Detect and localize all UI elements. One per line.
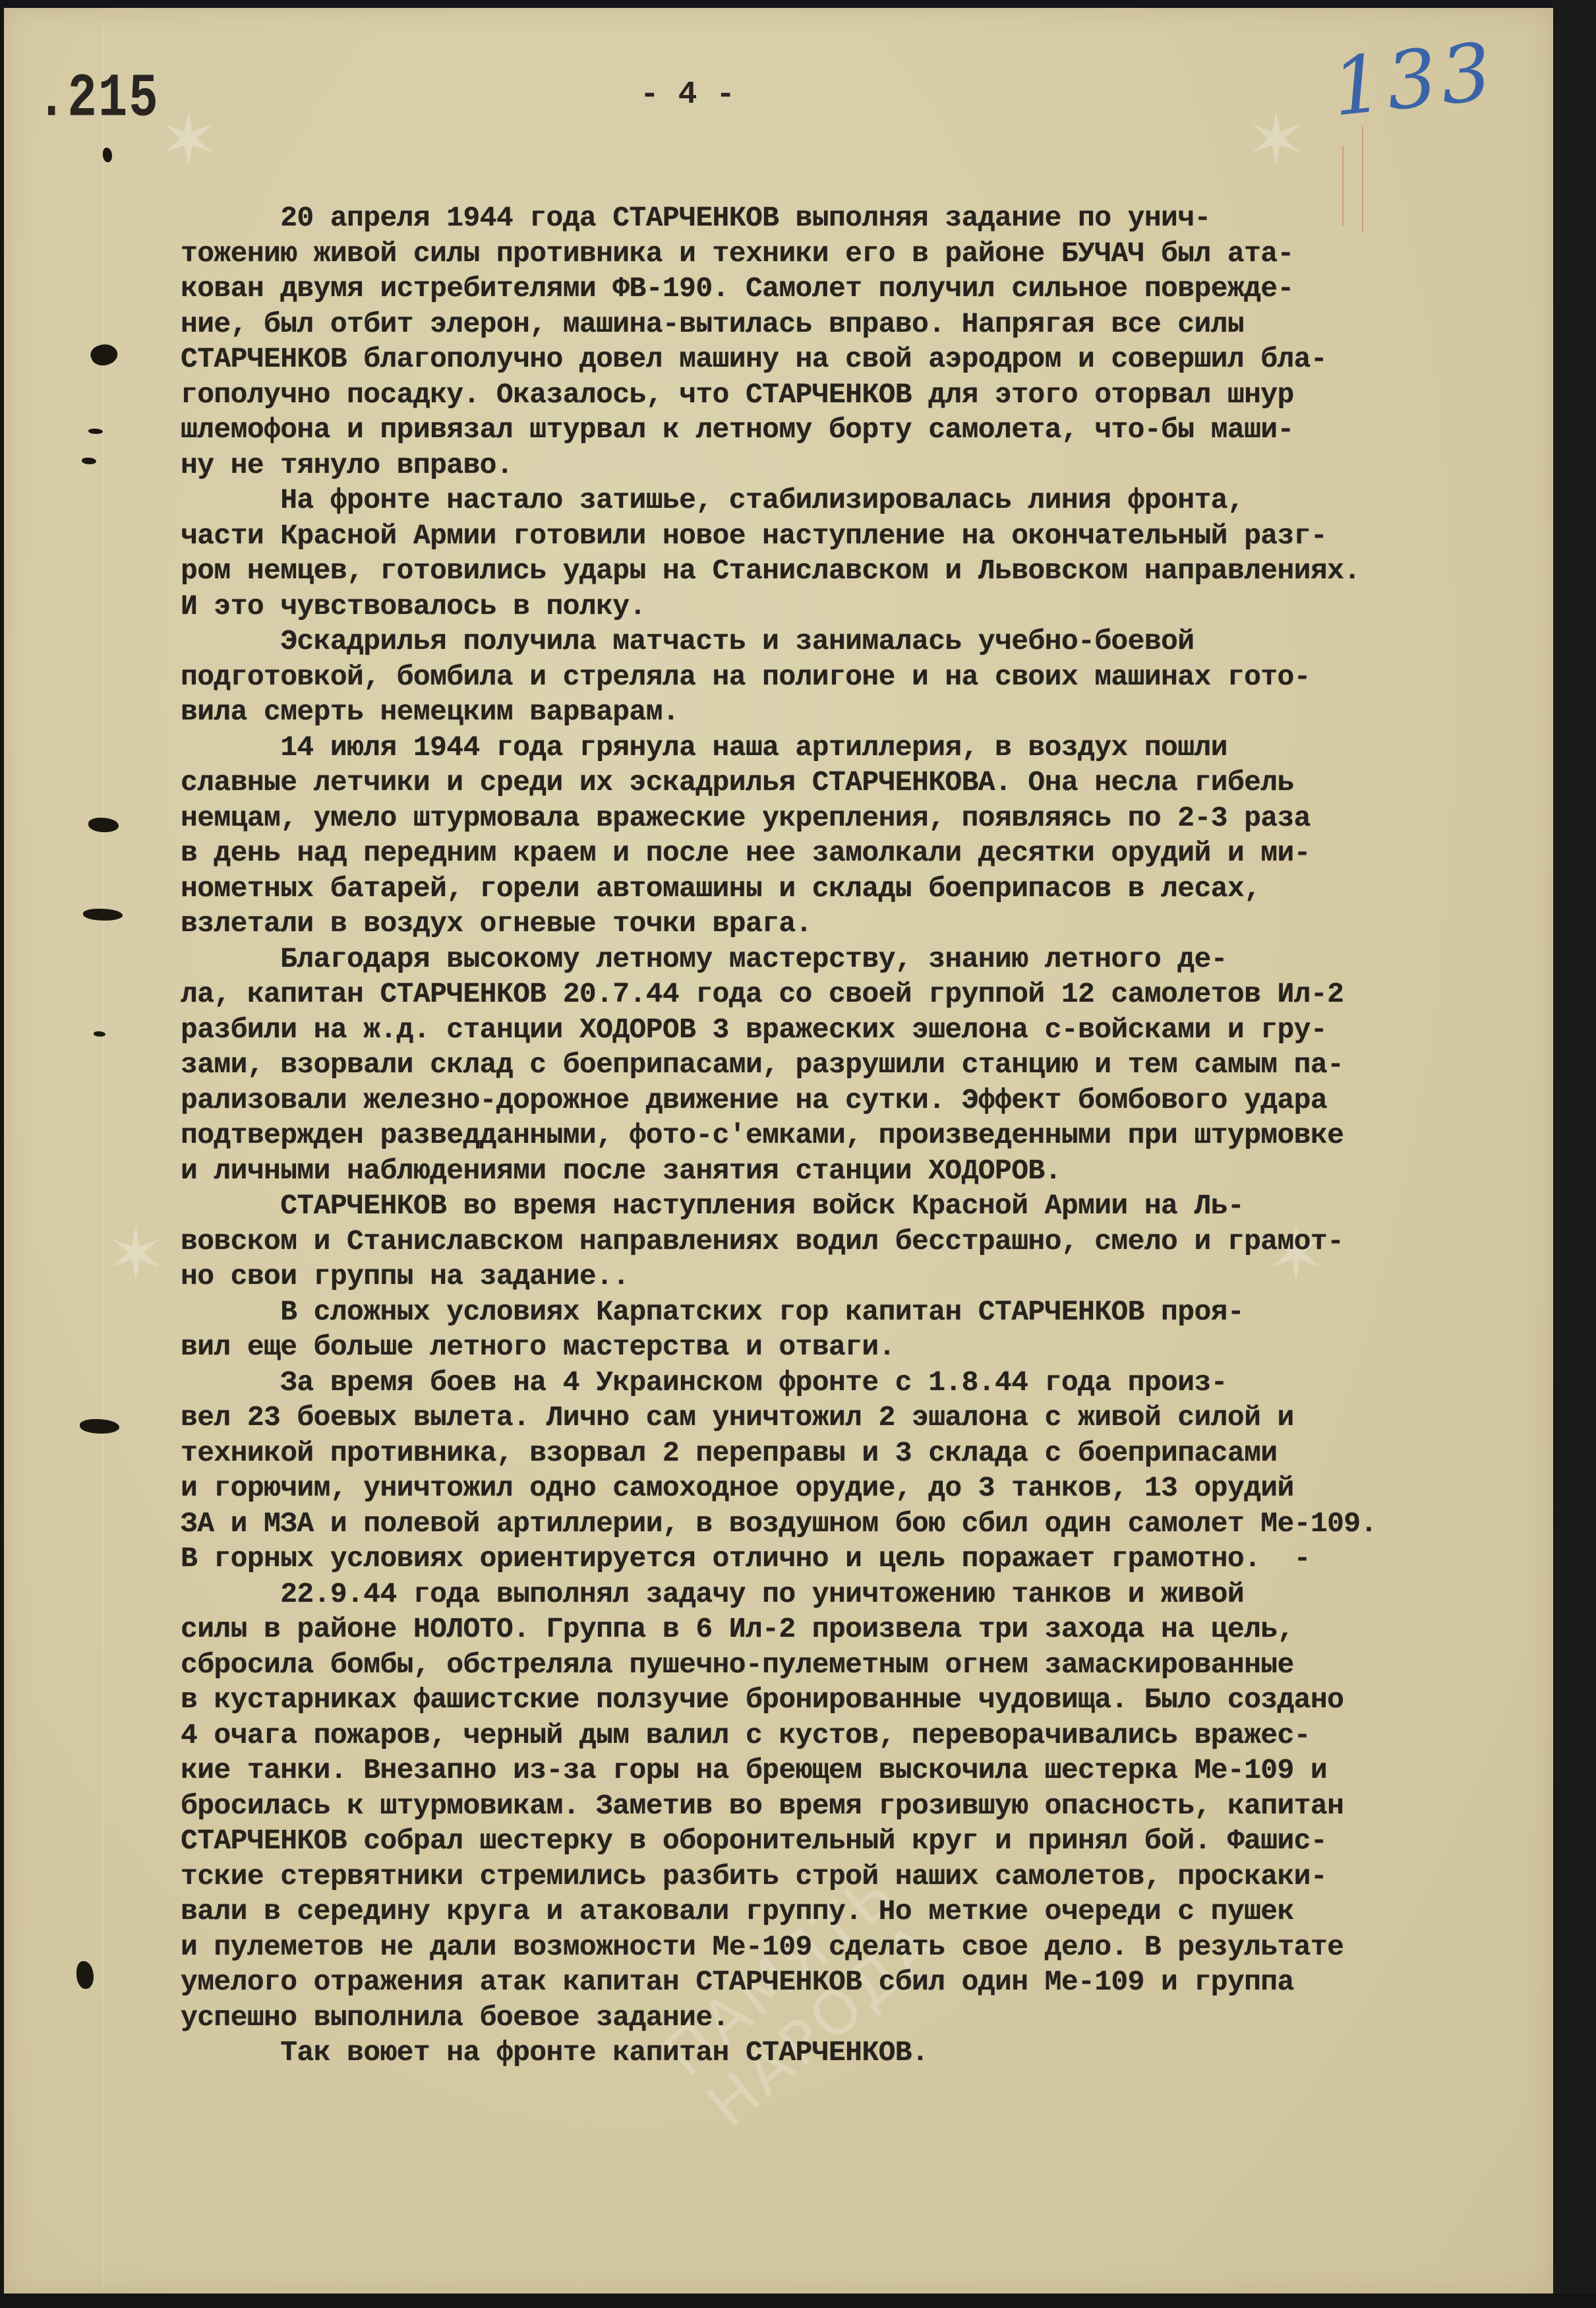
binding-hole (76, 1961, 94, 1989)
text-line: ЗА и МЗА и полевой артиллерии, в воздушн… (181, 1506, 1585, 1542)
text-line: зами, взорвали склад с боеприпасами, раз… (181, 1047, 1585, 1083)
typed-body-text: 20 апреля 1944 года СТАРЧЕНКОВ выполняя … (181, 200, 1585, 2071)
text-line: ну не тянуло вправо. (181, 448, 1585, 483)
text-line: подтвержден разведданными, фото-с'емками… (181, 1118, 1585, 1153)
text-line: немцам, умело штурмовала вражеские укреп… (181, 801, 1585, 836)
document-page: .215 - 4 - 133 ✶ ✶ ✶ ✶ ПАМЯТЬ НАРОДА 20 … (4, 8, 1553, 2295)
text-line: СТАРЧЕНКОВ благополучно довел машину на … (181, 342, 1585, 377)
text-line: успешно выполнила боевое задание. (181, 2000, 1585, 2036)
text-line: СТАРЧЕНКОВ во время наступления войск Кр… (181, 1188, 1585, 1224)
text-line: За время боев на 4 Украинском фронте с 1… (181, 1365, 1585, 1401)
text-line: 14 июля 1944 года грянула наша артиллери… (181, 730, 1585, 766)
text-line: взлетали в воздух огневые точки врага. (181, 906, 1585, 942)
text-line: И это чувствовалось в полку. (181, 589, 1585, 624)
text-line: подготовкой, бомбила и стреляла на полиг… (181, 659, 1585, 695)
text-line: но свои группы на задание.. (181, 1259, 1585, 1294)
text-line: гополучно посадку. Оказалось, что СТАРЧЕ… (181, 377, 1585, 413)
text-line: вила смерть немецким варварам. (181, 694, 1585, 730)
text-line: нометных батарей, горели автомашины и ск… (181, 871, 1585, 907)
text-line: вали в середину круга и атаковали группу… (181, 1894, 1585, 1929)
text-line: и пулеметов не дали возможности Ме-109 с… (181, 1929, 1585, 1965)
watermark-star-icon: ✶ (156, 107, 222, 173)
archive-page-number: .215 (37, 65, 160, 134)
text-line: славные летчики и среди их эскадрилья СТ… (181, 765, 1585, 801)
text-line: Благодаря высокому летному мастерству, з… (181, 942, 1585, 977)
text-line: ние, был отбит элерон, машина-вытилась в… (181, 307, 1585, 342)
text-line: На фронте настало затишье, стабилизирова… (181, 483, 1585, 518)
text-line: рализовали железно-дорожное движение на … (181, 1083, 1585, 1118)
watermark-star-icon: ✶ (1243, 107, 1309, 173)
text-line: и горючим, уничтожил одно самоходное ору… (181, 1471, 1585, 1506)
scan-border-bottom (0, 2293, 1596, 2308)
text-line: тские стервятники стремились разбить стр… (181, 1859, 1585, 1895)
text-line: в день над передним краем и после нее за… (181, 835, 1585, 871)
text-line: разбили на ж.д. станции ХОДОРОВ 3 вражес… (181, 1012, 1585, 1048)
binding-hole (103, 148, 112, 162)
binding-hole (83, 909, 123, 921)
binding-hole (88, 429, 103, 434)
binding-hole (82, 458, 96, 464)
watermark-star-icon: ✶ (103, 1221, 169, 1287)
text-line: силы в районе НОЛОТО. Группа в 6 Ил-2 пр… (181, 1612, 1585, 1647)
text-line: и личными наблюдениями после занятия ста… (181, 1153, 1585, 1189)
text-line: в кустарниках фашистские ползучие бронир… (181, 1682, 1585, 1718)
text-line: Так воюет на фронте капитан СТАРЧЕНКОВ. (181, 2035, 1585, 2071)
text-line: шлемофона и привязал штурвал к летному б… (181, 412, 1585, 448)
text-line: вил еще больше летного мастерства и отва… (181, 1329, 1585, 1365)
text-line: вовском и Станиславском направлениях вод… (181, 1224, 1585, 1260)
binding-hole (94, 1031, 105, 1037)
text-line: части Красной Армии готовили новое насту… (181, 518, 1585, 554)
text-line: тожению живой силы противника и техники … (181, 236, 1585, 272)
page-number: - 4 - (640, 77, 735, 113)
binding-hole (88, 818, 119, 832)
binding-hole (88, 340, 121, 369)
text-line: сбросила бомбы, обстреляла пушечно-пулем… (181, 1647, 1585, 1683)
text-line: бросилась к штурмовикам. Заметив во врем… (181, 1788, 1585, 1824)
text-line: Эскадрилья получила матчасть и занималас… (181, 624, 1585, 659)
text-line: СТАРЧЕНКОВ собрал шестерку в оборонитель… (181, 1823, 1585, 1859)
text-line: вел 23 боевых вылета. Лично сам уничтожи… (181, 1400, 1585, 1436)
text-line: 22.9.44 года выполнял задачу по уничтоже… (181, 1577, 1585, 1612)
text-line: ла, капитан СТАРЧЕНКОВ 20.7.44 года со с… (181, 977, 1585, 1012)
text-line: В сложных условиях Карпатских гор капита… (181, 1294, 1585, 1330)
text-line: кие танки. Внезапно из-за горы на бреюще… (181, 1753, 1585, 1788)
binding-hole (80, 1419, 119, 1434)
text-line: кован двумя истребителями ФВ-190. Самоле… (181, 271, 1585, 307)
text-line: 20 апреля 1944 года СТАРЧЕНКОВ выполняя … (181, 200, 1585, 236)
handwritten-folio-number: 133 (1328, 26, 1499, 134)
text-line: В горных условиях ориентируется отлично … (181, 1541, 1585, 1577)
text-line: умелого отражения атак капитан СТАРЧЕНКО… (181, 1964, 1585, 2000)
text-line: ром немцев, готовились удары на Станисла… (181, 553, 1585, 589)
text-line: 4 очага пожаров, черный дым валил с куст… (181, 1718, 1585, 1753)
text-line: техникой противника, взорвал 2 переправы… (181, 1436, 1585, 1471)
